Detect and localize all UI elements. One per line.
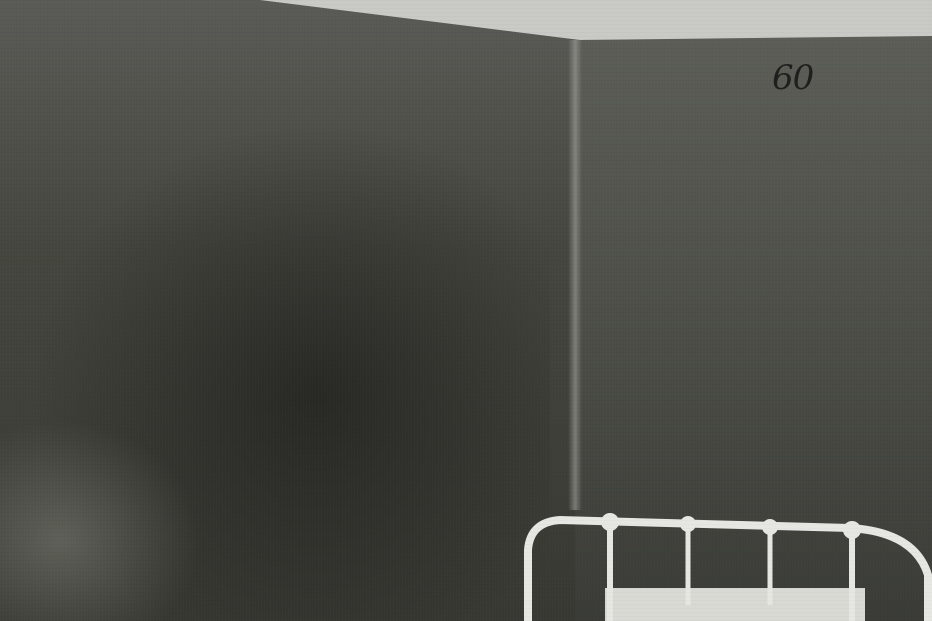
photograph: 60: [0, 0, 932, 621]
film-grain: [0, 0, 932, 621]
